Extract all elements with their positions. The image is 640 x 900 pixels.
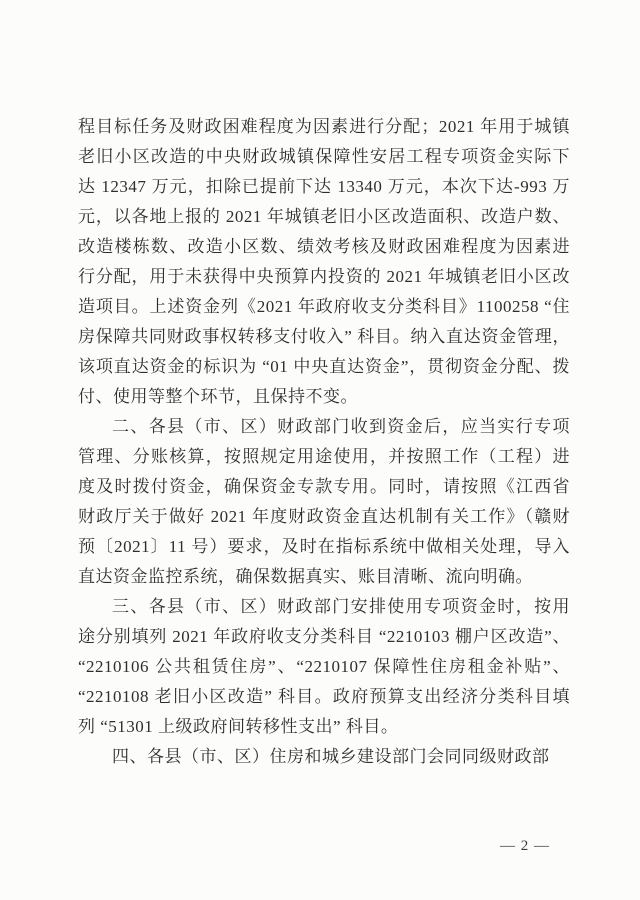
text-line: 直达资金监控系统，确保数据真实、账目清晰、流向明确。 — [78, 562, 570, 592]
document-body: 程目标任务及财政困难程度为因素进行分配；2021 年用于城镇老旧小区改造的中央财… — [78, 112, 570, 772]
text-line: 该项直达资金的标识为 “01 中央直达资金”，贯彻资金分配、拨 — [78, 352, 570, 382]
text-line: 三、各县（市、区）财政部门安排使用专项资金时，按用 — [78, 592, 570, 622]
text-line: 行分配，用于未获得中央预算内投资的 2021 年城镇老旧小区改 — [78, 262, 570, 292]
text-line: 程目标任务及财政困难程度为因素进行分配；2021 年用于城镇 — [78, 112, 570, 142]
text-line: 造项目。上述资金列《2021 年政府收支分类科目》1100258 “住 — [78, 292, 570, 322]
paragraph: 四、各县（市、区）住房和城乡建设部门会同同级财政部 — [78, 742, 570, 772]
paragraph: 二、各县（市、区）财政部门收到资金后，应当实行专项管理、分账核算，按照规定用途使… — [78, 412, 570, 592]
text-line: 房保障共同财政事权转移支付收入” 科目。纳入直达资金管理， — [78, 322, 570, 352]
document-page: 程目标任务及财政困难程度为因素进行分配；2021 年用于城镇老旧小区改造的中央财… — [0, 0, 640, 900]
text-line: 途分别填列 2021 年政府收支分类科目 “2210103 棚户区改造”、 — [78, 622, 570, 652]
page-number: — 2 — — [500, 838, 570, 855]
text-line: 元，以各地上报的 2021 年城镇老旧小区改造面积、改造户数、 — [78, 202, 570, 232]
text-line: 付、使用等整个环节，且保持不变。 — [78, 382, 570, 412]
text-line: “2210106 公共租赁住房”、“2210107 保障性住房租金补贴”、 — [78, 652, 570, 682]
text-line: 财政厅关于做好 2021 年度财政资金直达机制有关工作》（赣财 — [78, 502, 570, 532]
text-line: 四、各县（市、区）住房和城乡建设部门会同同级财政部 — [78, 742, 570, 772]
paragraph: 三、各县（市、区）财政部门安排使用专项资金时，按用途分别填列 2021 年政府收… — [78, 592, 570, 742]
text-line: “2210108 老旧小区改造” 科目。政府预算支出经济分类科目填 — [78, 682, 570, 712]
text-line: 达 12347 万元，扣除已提前下达 13340 万元，本次下达-993 万 — [78, 172, 570, 202]
text-line: 列 “51301 上级政府间转移性支出” 科目。 — [78, 712, 570, 742]
text-line: 二、各县（市、区）财政部门收到资金后，应当实行专项 — [78, 412, 570, 442]
text-line: 改造楼栋数、改造小区数、绩效考核及财政困难程度为因素进 — [78, 232, 570, 262]
text-line: 老旧小区改造的中央财政城镇保障性安居工程专项资金实际下 — [78, 142, 570, 172]
text-line: 管理、分账核算，按照规定用途使用，并按照工作（工程）进 — [78, 442, 570, 472]
text-line: 预〔2021〕11 号）要求，及时在指标系统中做相关处理，导入 — [78, 532, 570, 562]
text-line: 度及时拨付资金，确保资金专款专用。同时，请按照《江西省 — [78, 472, 570, 502]
paragraph: 程目标任务及财政困难程度为因素进行分配；2021 年用于城镇老旧小区改造的中央财… — [78, 112, 570, 412]
